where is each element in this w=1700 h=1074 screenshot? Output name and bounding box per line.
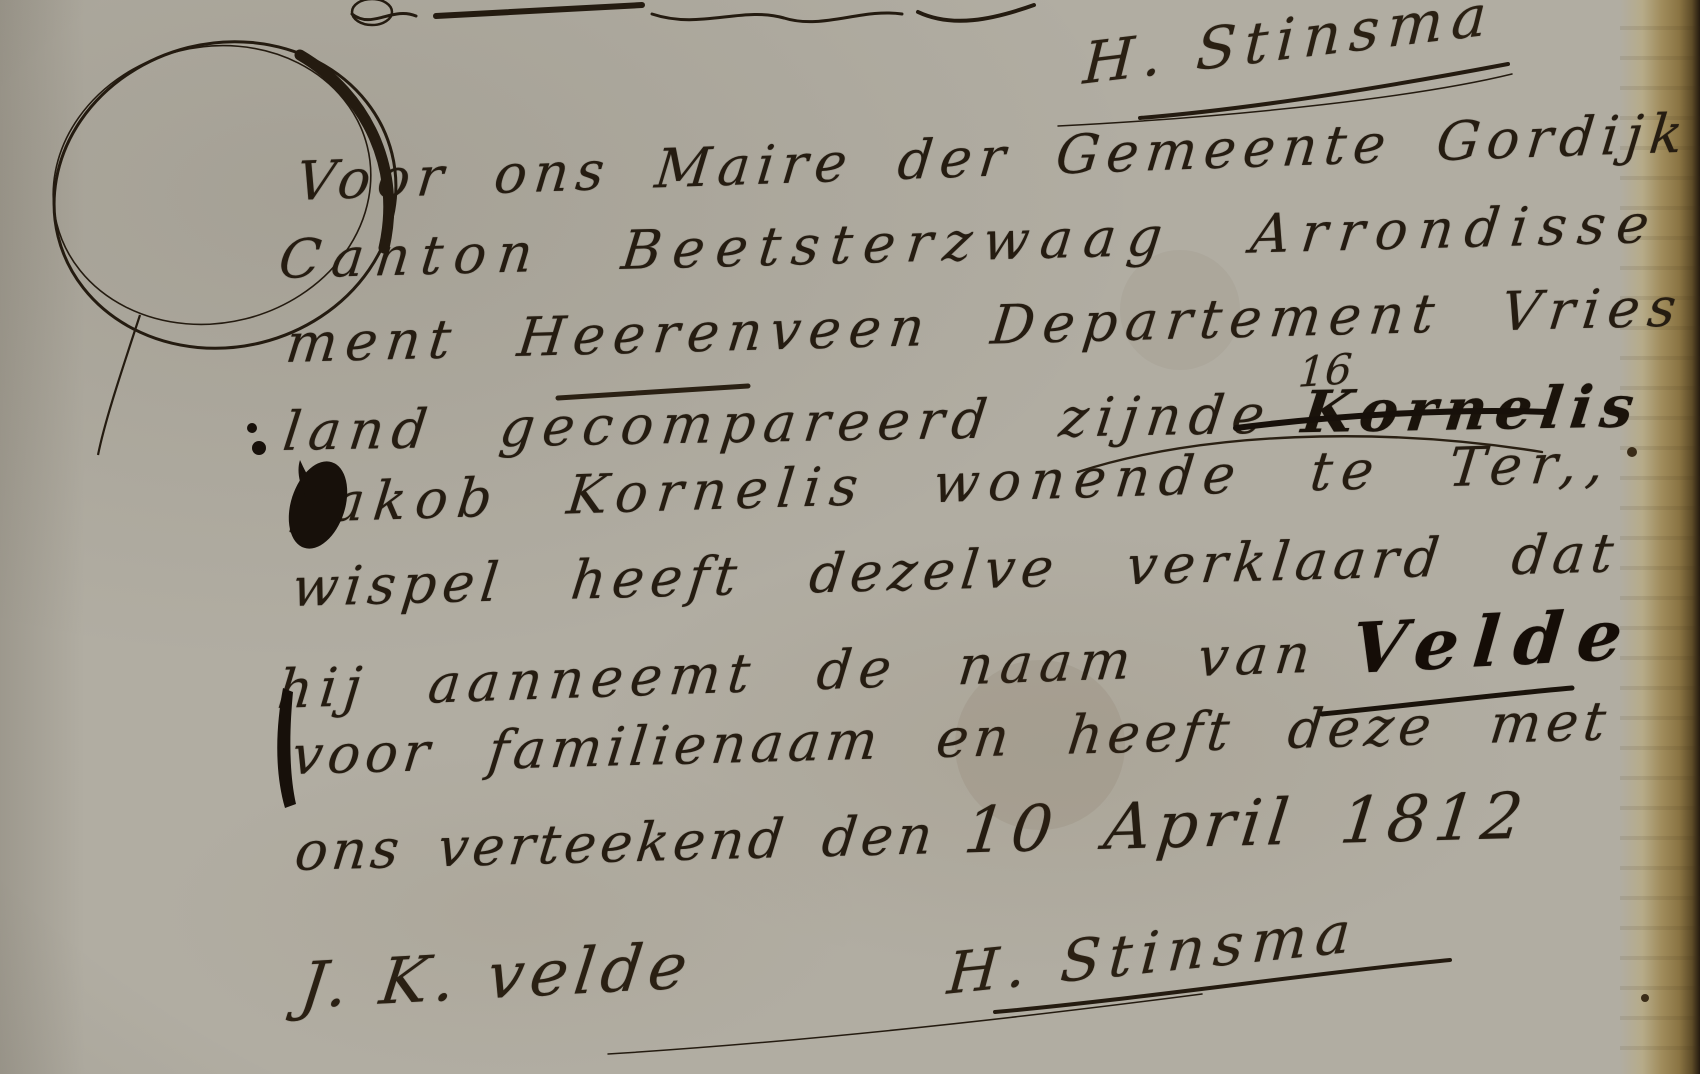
act-line-9: ons verteekend den10 April 1812	[292, 780, 1533, 886]
act-line-2: Canton Beetsterzwaag Arrondisse	[276, 192, 1664, 291]
act-line-9-text: ons verteekend den	[292, 803, 940, 883]
adopted-name: Velde	[1348, 592, 1639, 690]
cropped-line-remnants	[352, 0, 1034, 25]
act-date: 10 April 1812	[960, 780, 1532, 869]
register-page: H. Stinsma Voor ons Maire der Gemeente G…	[0, 0, 1700, 1074]
act-number-superscript: 16	[1297, 344, 1354, 397]
act-line-3: ment Heerenveen Departement Vries	[283, 276, 1688, 375]
signature-bottom-left: J. K. velde	[296, 930, 697, 1024]
signature-top-right: H. Stinsma	[1081, 0, 1496, 97]
signature-bottom-right: H. Stinsma	[945, 898, 1361, 1008]
